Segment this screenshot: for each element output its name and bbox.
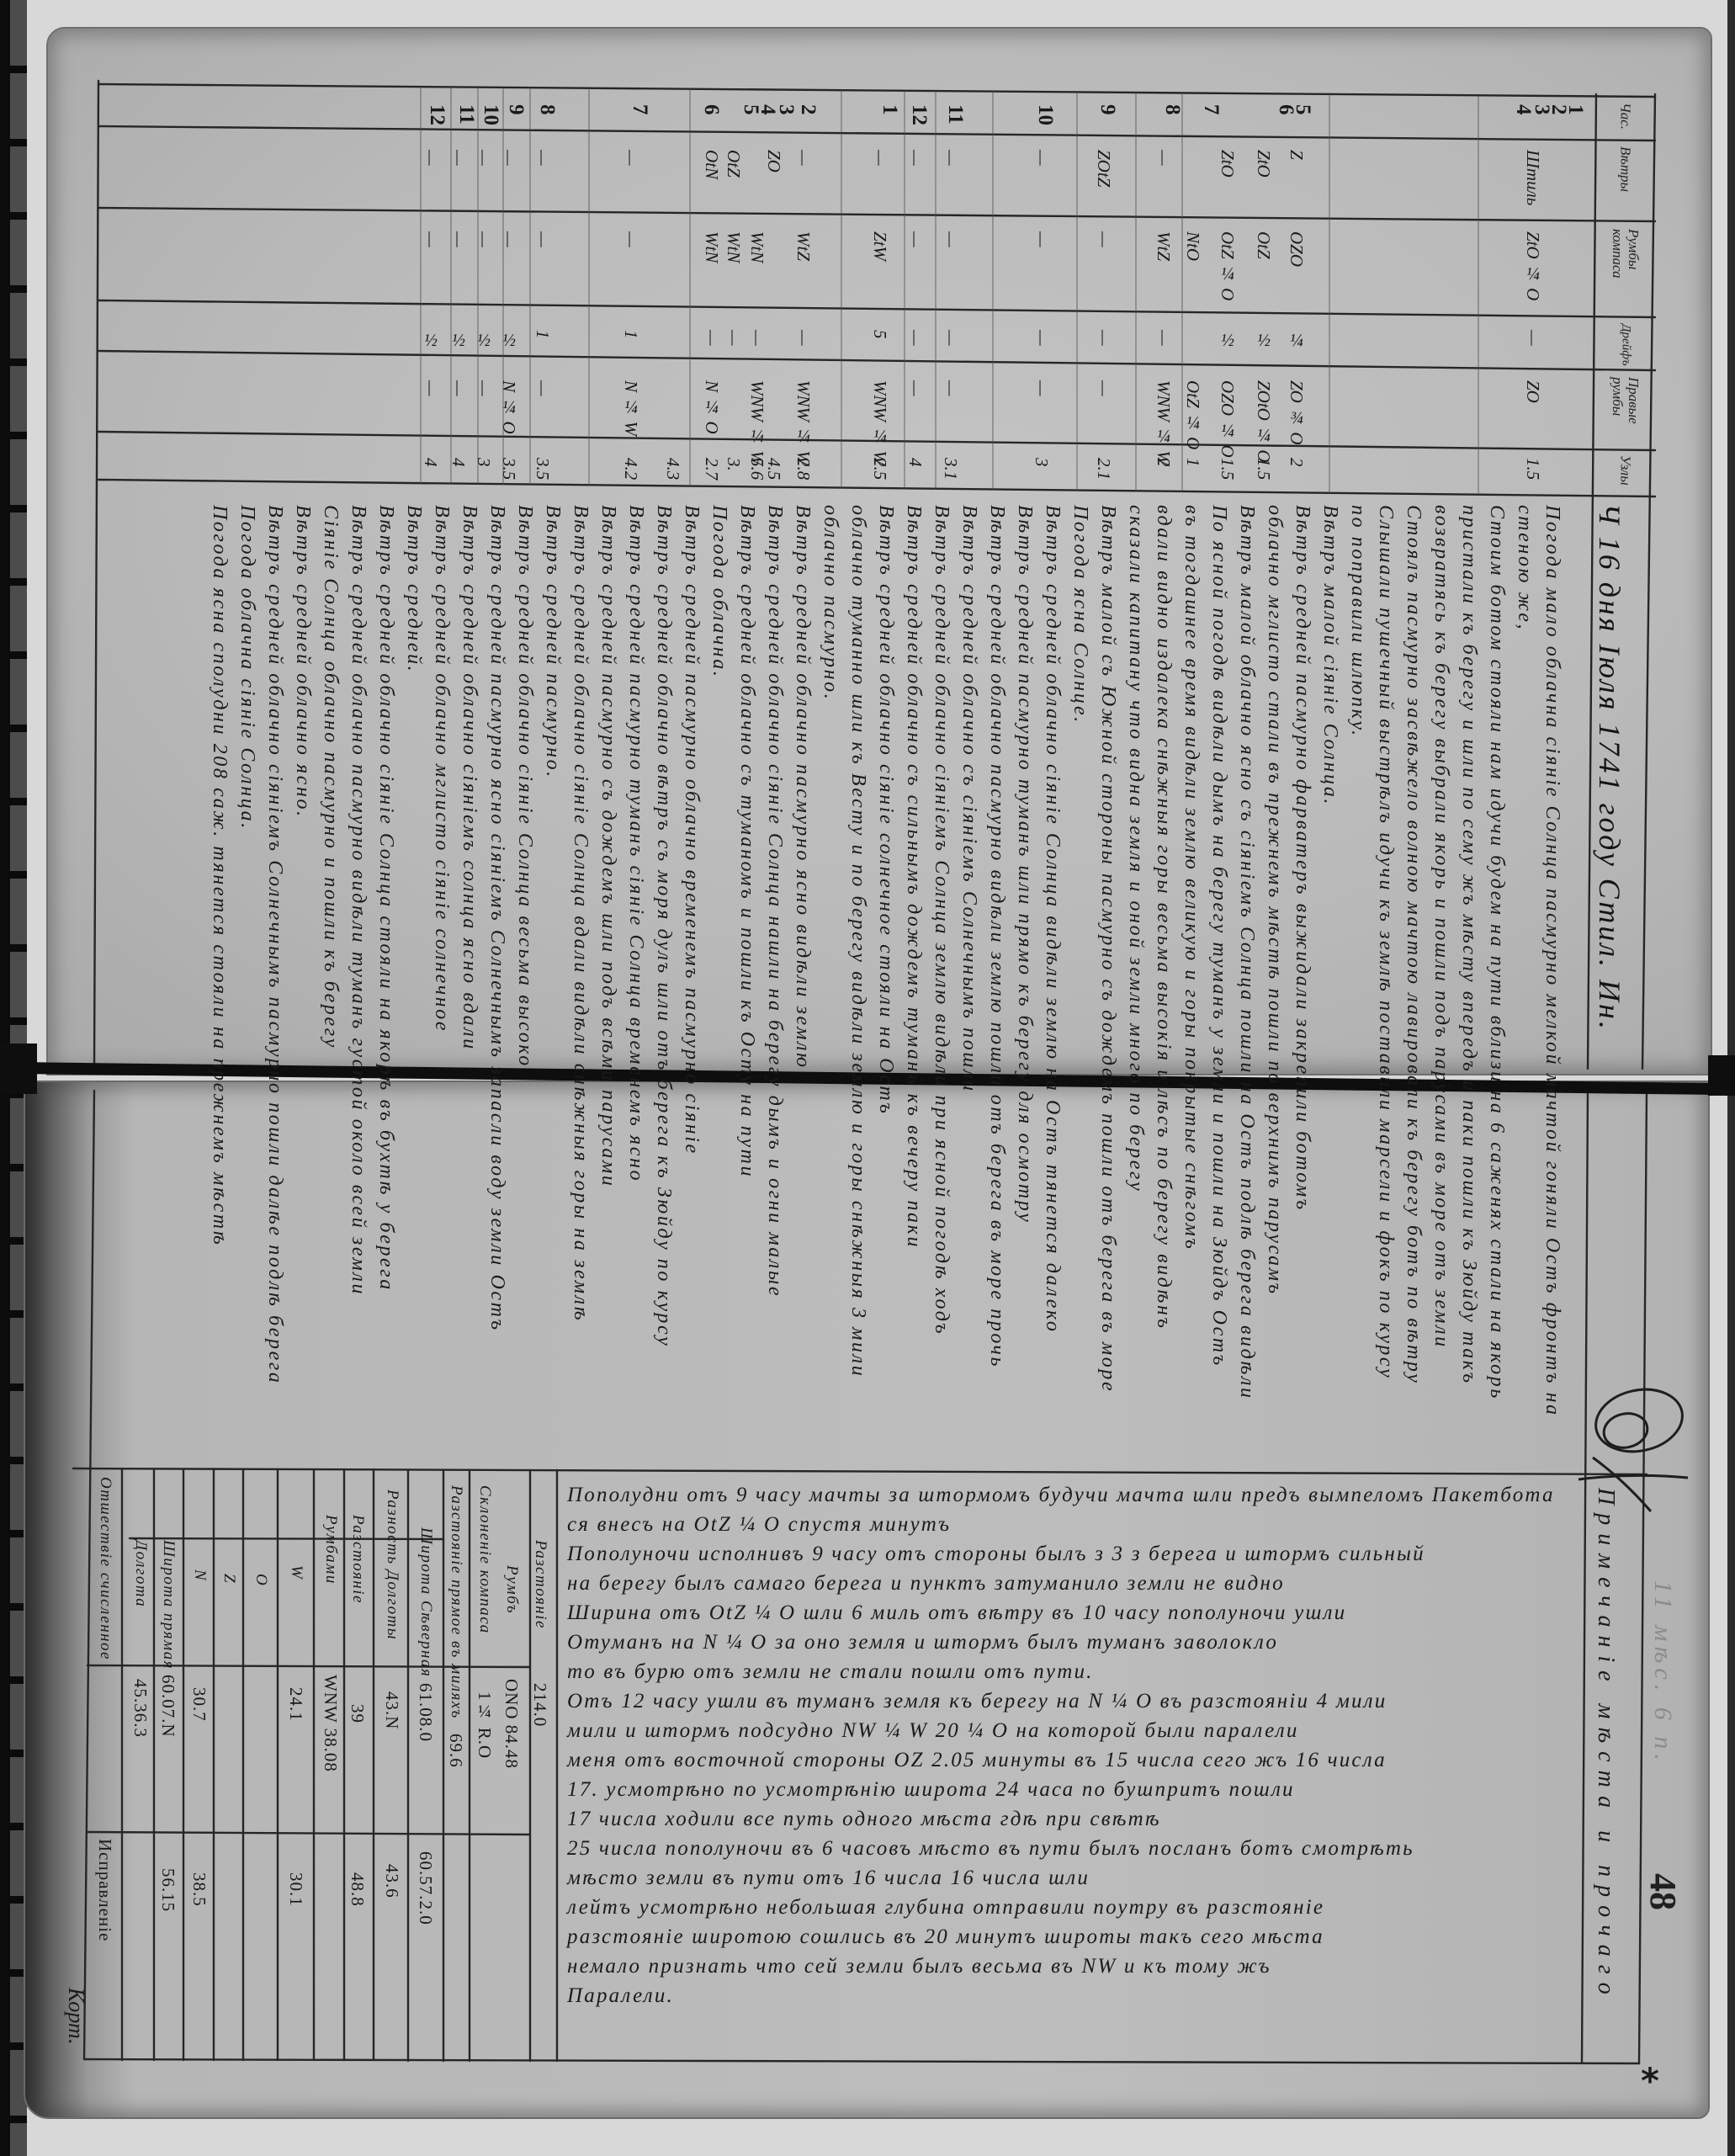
log-knots-cell: 4 [906, 458, 925, 467]
log-knots-cell: 3. [724, 458, 743, 471]
log-corrected-cell: N ¼ O [500, 380, 518, 434]
log-drift-cell: 1 [622, 330, 640, 339]
summary-label: Z [220, 1574, 238, 1584]
log-knots-cell: 1.5 [1255, 458, 1273, 480]
log-course-cell: — [622, 231, 640, 247]
log-hour: 12 [426, 104, 448, 125]
log-wind-cell: — [794, 150, 813, 166]
log-knots-cell: 3 [1032, 458, 1051, 467]
remark-line: Вѣтръ средней облачно сіяніе Солнца весь… [513, 505, 537, 1068]
log-corrected-cell: ZO [1524, 380, 1542, 403]
log-hour: 9 [1096, 104, 1118, 115]
log-drift-cell: 1 [533, 330, 552, 339]
log-hour: 2 [797, 104, 819, 115]
log-hour: 4 [1512, 104, 1534, 115]
remark-line: въ тогдашнее время видѣли землю великую … [1180, 505, 1203, 1251]
remark-line: Вѣтръ малой съ Южной стороны пасмурно съ… [1096, 505, 1120, 1393]
log-knots-cell: 2 [1154, 458, 1173, 467]
summary-label: Разстояніе [348, 1515, 367, 1604]
summary-label: N [190, 1569, 209, 1581]
log-corrected-cell: — [449, 380, 468, 396]
summary-value: 214.0 [531, 1683, 549, 1727]
note-line: 17 числа ходили все путь одного мѣста гд… [567, 1806, 1161, 1833]
remark-line: Вѣтръ средней облачно сіяніе Солнца видѣ… [1041, 505, 1064, 1334]
remark-line: возвратясь къ берегу выбрали якорь и пош… [1430, 505, 1453, 1349]
summary-value: 38.5 [190, 1872, 209, 1907]
log-course-cell: WtN [748, 231, 767, 263]
summary-value: WNW 38.08 [321, 1675, 340, 1772]
log-corrected-cell: OtZ ¼ O [1184, 380, 1202, 449]
summary-value: 39 [348, 1704, 367, 1723]
log-knots-cell: 3.5 [533, 458, 552, 480]
summary-label: Широта Сѣверная [417, 1527, 435, 1677]
log-course-cell: OtZ ¼ O [1218, 231, 1237, 300]
remark-line: Вѣтръ средней облачно сіяніемъ Солнца зе… [930, 505, 953, 1336]
remark-line: Вѣтръ средней пасмурно облачно временемъ… [680, 505, 703, 1155]
log-drift-cell: — [748, 330, 767, 346]
remark-line: По ясной погодѣ видѣли дымъ на берегу ту… [1207, 505, 1231, 1367]
log-corrected-cell: — [422, 380, 440, 396]
remark-line: Вѣтръ средней пасмурно фарватеръ выжидал… [1291, 505, 1314, 1212]
summary-value: 69.6 [447, 1734, 465, 1768]
log-course-cell: WtN [724, 231, 743, 263]
log-hour: 5 [740, 104, 761, 115]
log-corrected-cell: — [1032, 380, 1051, 396]
note-line: Отуманъ на N ¼ O за оно земля и штормъ б… [567, 1629, 1278, 1656]
log-drift-cell: — [1154, 330, 1173, 346]
log-knots-cell: 4 [422, 458, 440, 467]
summary-label: Разстояніе прямое въ миляхъ [447, 1485, 465, 1719]
note-line: Пополуночи исполнивъ 9 часу отъ стороны … [567, 1541, 1425, 1568]
log-drift-cell: — [1032, 330, 1051, 346]
log-wind-cell: ZOtZ [1095, 150, 1113, 187]
log-wind-cell: — [622, 150, 640, 166]
log-wind-cell: ZtO [1218, 150, 1237, 178]
remark-line: вдали видно издалека снѣжныя горы весьма… [1152, 505, 1175, 1330]
note-line: лейтъ усмотрѣно небольшая глубина отправ… [567, 1894, 1324, 1921]
log-drift-cell: — [724, 330, 743, 346]
asterisk-mark: * [1641, 2060, 1659, 2101]
log-knots-cell: 4.3 [664, 458, 682, 480]
log-wind-cell: — [500, 150, 518, 166]
log-course-cell: — [422, 231, 440, 247]
log-knots-cell: 2.1 [1095, 458, 1113, 480]
note-line: Пополудни отъ 9 часу мачты за штормомъ б… [567, 1482, 1555, 1509]
remark-line: облачно пасмурно. [819, 505, 842, 701]
summary-label: Румбъ [502, 1565, 521, 1614]
summary-value: 43.6 [383, 1864, 401, 1898]
summary-value: 60.57.2.0 [417, 1851, 435, 1925]
log-hour: 10 [480, 104, 501, 125]
log-hour: 8 [536, 104, 558, 115]
log-hour: 1 [878, 104, 900, 115]
log-corrected-cell: — [942, 380, 960, 396]
log-wind-cell: — [942, 150, 960, 166]
log-drift-cell: ½ [475, 330, 493, 350]
log-knots-cell: 2.7 [703, 458, 721, 480]
log-course-cell: WtZ [1154, 231, 1173, 261]
remark-line: стеною же, [1513, 505, 1536, 631]
log-course-cell: OZO [1287, 231, 1306, 267]
note-line: немало признать что сей земли былъ весьм… [567, 1953, 1271, 1980]
summary-value: 1¼ R.O [475, 1691, 494, 1759]
log-wind-cell: — [871, 150, 889, 166]
remark-line: Вѣтръ средней облачно сіяніе Солнца стоя… [374, 505, 398, 1292]
summary-label: Долгота [131, 1540, 150, 1607]
log-knots-cell: 5.6 [748, 458, 767, 480]
note-line: ся внесъ на OtZ ¼ O спустя минутъ [567, 1511, 951, 1538]
log-corrected-cell: — [533, 380, 552, 396]
log-wind-cell: — [533, 150, 552, 166]
summary-value: 30.1 [287, 1872, 305, 1907]
log-hour: 6 [700, 104, 722, 115]
remark-line: Вѣтръ средней пасмурно ясно сіяніемъ Сол… [485, 505, 509, 1332]
header-drift: Дрейфъ [1618, 324, 1634, 369]
remark-line: Вѣтръ средней пасмурно съ дождемъ шли по… [597, 505, 620, 1188]
summary-label: Разстояніе [531, 1540, 549, 1629]
remark-line: Вѣтръ средней облачно сіяніемъ солнца яс… [458, 505, 481, 1051]
summary-value: Исправленіе [96, 1839, 114, 1941]
log-drift-cell: — [942, 330, 960, 346]
remark-line: Вѣтръ средней облачно сіяніемъ Солнечным… [263, 505, 287, 1384]
log-course-cell: — [533, 231, 552, 247]
notes-heading: Примечаніе мѣста и прочаго [1593, 1488, 1618, 2003]
header-winds: Вѣтры [1618, 146, 1634, 220]
log-drift-cell: ½ [449, 330, 468, 350]
log-knots-cell: 2 [1287, 458, 1306, 467]
note-line: Ширина отъ OtZ ¼ O шли 6 миль отъ вѣтру … [567, 1600, 1346, 1627]
date-heading: Ч 16 дня Іюля 1741 году Стил. Ин. [1593, 503, 1626, 1032]
note-line: мѣсто земли въ пути отъ 16 числа 16 числ… [567, 1865, 1090, 1892]
log-knots-cell: 3.5 [500, 458, 518, 480]
log-corrected-cell: N ¼ O [703, 380, 721, 434]
remark-line: Погода облачна. [708, 505, 731, 678]
log-knots-cell: 1.5 [1218, 458, 1237, 480]
log-corrected-cell: WNW ¼ W [871, 380, 889, 465]
remark-line: Вѣтръ средней облачно съ туманомъ и пошл… [735, 505, 759, 1178]
log-corrected-cell: — [906, 380, 925, 396]
remark-line: облачно мглисто стали въ прежнемъ мѣстѣ … [1263, 505, 1287, 1296]
log-wind-cell: — [475, 150, 493, 166]
note-line: то въ бурю отъ земли не стали пошли отъ … [567, 1659, 1094, 1686]
log-corrected-cell: WNW ¼ W [794, 380, 813, 465]
log-wind-cell: — [1032, 150, 1051, 166]
log-drift-cell: 5 [871, 330, 889, 339]
note-line: Паралели. [567, 1983, 674, 2010]
log-drift-cell: ½ [1255, 330, 1273, 350]
log-knots-cell: 1 [1184, 458, 1202, 467]
log-hour: 9 [505, 104, 527, 115]
note-line: меня отъ восточной стороны OZ 2.05 минут… [567, 1747, 1387, 1774]
log-corrected-cell: N ¼ W [622, 380, 640, 436]
log-corrected-cell: WNW ¼ W [1154, 380, 1173, 465]
log-hour: 11 [455, 104, 477, 125]
remark-line: Вѣтръ средней облачно мглисто сіяніе сол… [430, 505, 454, 1033]
note-line: Отъ 12 часу ушли въ туманъ земля къ бере… [567, 1688, 1387, 1715]
remark-line: Вѣтръ средней облачно сіяніе Солнца нашл… [763, 505, 787, 1298]
log-hour: 12 [908, 104, 930, 125]
log-wind-cell: OtZ [724, 150, 743, 178]
remark-line: Вѣтръ средней пасмурно. [541, 505, 565, 779]
signature: Корт. [64, 1988, 88, 2045]
log-course-cell: — [500, 231, 518, 247]
header-courses: Румбы компаса [1610, 229, 1642, 313]
log-course-cell: ZtO ¼ O [1524, 231, 1542, 300]
log-drift-cell: — [794, 330, 813, 346]
remark-line: Вѣтръ средней облачно съ сильнымъ дождем… [902, 505, 926, 1249]
summary-value: 60.07.N [159, 1675, 178, 1738]
log-hour: 10 [1034, 104, 1056, 125]
summary-value: 43.N [383, 1691, 401, 1729]
note-line: мили и штормъ подсудно NW ¼ W 20 ¼ O на … [567, 1718, 1299, 1744]
log-course-cell: — [1032, 231, 1051, 247]
remark-line: по поправили шлюпку. [1346, 505, 1370, 738]
summary-value: ONO 84.48 [502, 1679, 521, 1769]
remark-line: Вѣтръ средней облачно сіяніе Солнца вдал… [569, 505, 592, 1322]
note-line: 17. усмотрѣно по усмотрѣнію широта 24 ча… [567, 1776, 1295, 1803]
log-wind-cell: Штиль [1524, 150, 1542, 205]
log-course-cell: — [475, 231, 493, 247]
log-wind-cell: Z [1287, 150, 1306, 160]
log-wind-cell: ZO [765, 150, 783, 173]
log-drift-cell: — [906, 330, 925, 346]
log-course-cell: NtO [1184, 231, 1202, 261]
log-course-cell: — [942, 231, 960, 247]
remark-line: Вѣтръ средней облачно пасмурно видѣли ту… [347, 505, 370, 1296]
remark-line: Погода ясна Солнце. [1069, 505, 1092, 725]
log-corrected-cell: WNW ¼ W [748, 380, 767, 465]
remark-line: Вѣтръ средней облачно сіяніе солнечное с… [874, 505, 898, 1115]
log-hour: 8 [1161, 104, 1183, 115]
summary-label: O [252, 1574, 270, 1586]
log-wind-cell: — [906, 150, 925, 166]
remark-line: Вѣтръ средней облачно съ сіяніемъ Солнеч… [958, 505, 981, 1093]
summary-value: 45.36.3 [131, 1679, 150, 1738]
remark-line: Вѣтръ средней облачно пасмурно ясно видѣ… [791, 505, 814, 1070]
log-knots-cell: 3.1 [942, 458, 960, 480]
remark-line: сказали капитану что видна земля и оной … [1124, 505, 1148, 1192]
log-knots-cell: 3 [475, 458, 493, 467]
log-drift-cell: — [1524, 330, 1542, 346]
summary-label: Широта прямая [159, 1540, 178, 1670]
log-corrected-cell: ZO ¾ O [1287, 380, 1306, 445]
page-number: 48 [1643, 1873, 1682, 1910]
remark-line: Погода облачна сіяніе Солнца. [236, 505, 259, 831]
log-course-cell: ZtW [871, 231, 889, 261]
log-hour: 7 [1200, 104, 1222, 115]
log-drift-cell: — [1095, 330, 1113, 346]
scanned-logbook-spread: Ч 16 дня Іюля 1741 году Стил. Ин. Час. В… [0, 0, 1735, 2156]
summary-label: W [287, 1565, 305, 1580]
summary-value: 56.15 [159, 1868, 178, 1912]
remark-line: Вѣтръ средней. [402, 505, 426, 673]
remark-line: пристали къ берегу и шли по сему жъ мѣст… [1457, 505, 1481, 1385]
log-knots-cell: 1.5 [1524, 458, 1542, 480]
log-course-cell: WtZ [794, 231, 813, 261]
log-drift-cell: ½ [422, 330, 440, 350]
log-corrected-cell: — [475, 380, 493, 396]
pencil-annotation: 11 мѣс. 6 п. [1649, 1580, 1676, 1766]
log-drift-cell: — [703, 330, 721, 346]
header-corrected-courses: Правые румбы [1610, 377, 1642, 448]
log-course-cell: — [449, 231, 468, 247]
summary-value: 24.1 [287, 1687, 305, 1722]
remark-line: Вѣтръ средней облачно вѣтръ съ моря дулъ… [652, 505, 676, 1347]
log-hour: 7 [629, 104, 650, 115]
log-knots-cell: 2.5 [871, 458, 889, 480]
note-line: разстояніе широтою сошлись въ 20 минутъ … [567, 1924, 1324, 1951]
header-hours: Час. [1618, 103, 1634, 140]
handwriting-layer: Ч 16 дня Іюля 1741 году Стил. Ин. Час. В… [0, 0, 1735, 2156]
log-hour: 6 [1275, 104, 1297, 115]
summary-value: 30.7 [190, 1687, 209, 1722]
summary-label: Отшествіе счисленное [96, 1477, 114, 1660]
remark-line: Вѣтръ малой облачно ясно съ сіяніемъ Сол… [1235, 505, 1259, 1400]
log-drift-cell: ½ [1218, 330, 1237, 350]
log-corrected-cell: — [1095, 380, 1113, 396]
header-knots: Узлы [1618, 455, 1634, 496]
log-drift-cell: ¼ [1287, 330, 1306, 350]
remark-line: Слышали пушечный выстрѣлъ идучи къ землѣ… [1374, 505, 1398, 1379]
log-knots-cell: 4 [449, 458, 468, 467]
log-wind-cell: — [449, 150, 468, 166]
log-wind-cell: — [1154, 150, 1173, 166]
remark-line: Стоялъ пасмурно засвѣжело волною мачтою … [1402, 505, 1425, 1384]
log-knots-cell: 4.2 [622, 458, 640, 480]
remark-line: Вѣтръ средней облачно пасмурно видѣли зе… [985, 505, 1009, 1368]
remark-line: Погода ясна сполудни 208 саж. тянется ст… [208, 505, 231, 1246]
summary-value: 48.8 [348, 1872, 367, 1907]
remark-line: облачно туманно шли къ Весту и по берегу… [846, 505, 870, 1378]
remark-line: Вѣтръ средней пасмурно туманъ шли прямо … [1013, 505, 1037, 1224]
remark-line: Вѣтръ средней облачно ясно. [291, 505, 315, 819]
summary-label: Румбами [321, 1515, 340, 1585]
log-corrected-cell: OZO ¼ O [1218, 380, 1237, 458]
log-wind-cell: ZtO [1255, 150, 1273, 178]
summary-value: 61.08.0 [417, 1683, 435, 1742]
note-line: на берегу былъ самаго берега и пунктъ за… [567, 1570, 1285, 1597]
log-drift-cell: ½ [500, 330, 518, 350]
log-knots-cell: 2.8 [794, 458, 813, 480]
summary-label: Склоненіе компаса [475, 1485, 494, 1634]
remark-line: Вѣтръ средней пасмурно туманъ сіяніе Сол… [624, 505, 648, 1182]
log-wind-cell: — [422, 150, 440, 166]
log-course-cell: OtZ [1255, 231, 1273, 259]
log-corrected-cell: ZOtO ¼ O [1255, 380, 1273, 463]
log-course-cell: WtN [703, 231, 721, 263]
remark-line: Вѣтръ малой сіяніе Солнца. [1318, 505, 1342, 806]
note-line: 25 числа пополуночи въ 6 часовъ мѣсто въ… [567, 1835, 1414, 1862]
log-course-cell: — [906, 231, 925, 247]
remark-line: Сіяніе Солнца облачно пасмурно и пошли к… [319, 505, 342, 1049]
log-knots-cell: 4.5 [765, 458, 783, 480]
log-hour: 11 [944, 104, 966, 125]
remark-line: Стоим ботом стояли нам идучи будем на пу… [1485, 505, 1509, 1400]
log-wind-cell: OtN [703, 150, 721, 179]
remark-line: Погода мало облачна сіяніе Солнца пасмур… [1541, 505, 1564, 1417]
summary-label: Разность Долготы [383, 1490, 401, 1640]
log-course-cell: — [1095, 231, 1113, 247]
